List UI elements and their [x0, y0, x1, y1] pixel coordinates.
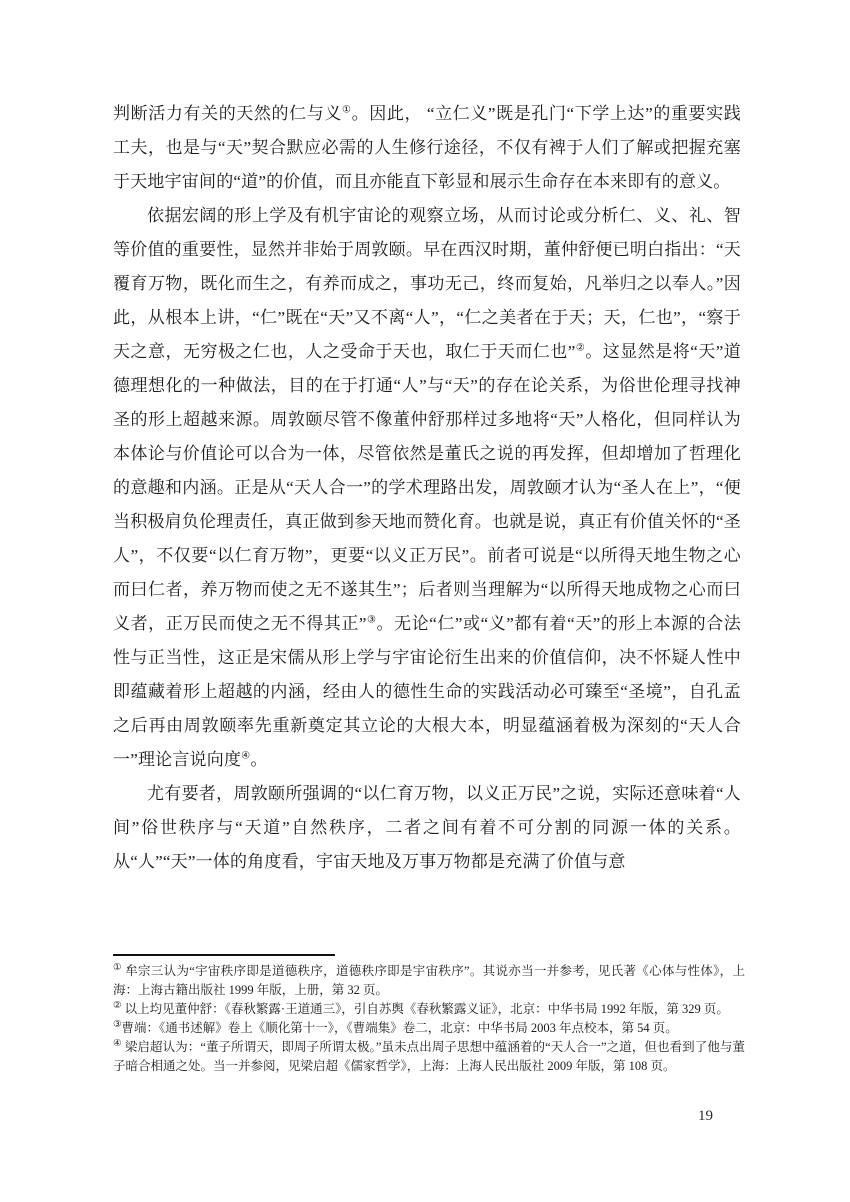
- body-text-run: 依据宏阔的形上学及有机宇宙论的观察立场，从而讨论或分析仁、义、礼、智等价值的重要…: [113, 206, 741, 361]
- document-page: 判断活力有关的天然的仁与义①。因此， “立仁义”既是孔门“下学上达”的重要实践工…: [0, 0, 850, 1202]
- footnote-marker: ②: [113, 1001, 122, 1011]
- footnotes: ① 牟宗三认为“宇宙秩序即是道德秩序，道德秩序即是宇宙秩序”。其说亦当一并参考，…: [113, 962, 745, 1076]
- footnote-text: 曹端：《通书述解》卷上《顺化第十一》，《曹端集》卷二，北京：中华书局 2003 …: [122, 1021, 678, 1035]
- footnote-ref: ①: [342, 104, 352, 115]
- page-number: 19: [698, 1108, 713, 1125]
- footnote-marker: ③: [113, 1020, 122, 1030]
- body-paragraph: 判断活力有关的天然的仁与义①。因此， “立仁义”既是孔门“下学上达”的重要实践工…: [113, 97, 741, 199]
- footnote-text: 以上均见董仲舒：《春秋繁露·王道通三》，引自苏舆《春秋繁露义证》，北京：中华书局…: [122, 1002, 729, 1016]
- footnote-item: ① 牟宗三认为“宇宙秩序即是道德秩序，道德秩序即是宇宙秩序”。其说亦当一并参考，…: [113, 962, 745, 1000]
- body-text-run: 判断活力有关的天然的仁与义: [113, 104, 342, 123]
- body-text-run: 。无论“仁”或“义”都有着“天”的形上本源的合法性与正当性，这正是宋儒从形上学与…: [113, 614, 741, 769]
- body-paragraph: 尤有要者，周敦颐所强调的“以仁育万物，以义正万民”之说，实际还意味着“人间”俗世…: [113, 777, 741, 879]
- footnote-marker: ④: [113, 1039, 122, 1049]
- footnote-ref: ③: [367, 614, 377, 625]
- footnote-item: ④ 梁启超认为：“董子所谓天，即周子所谓太极。”虽未点出周子思想中蕴涵着的“天人…: [113, 1038, 745, 1076]
- footnote-item: ② 以上均见董仲舒：《春秋繁露·王道通三》，引自苏舆《春秋繁露义证》，北京：中华…: [113, 1000, 745, 1019]
- body-text-run: 。: [250, 750, 267, 769]
- body-text: 判断活力有关的天然的仁与义①。因此， “立仁义”既是孔门“下学上达”的重要实践工…: [113, 97, 741, 879]
- footnote-text: 牟宗三认为“宇宙秩序即是道德秩序，道德秩序即是宇宙秩序”。其说亦当一并参考，见氏…: [113, 964, 745, 997]
- footnote-ref: ②: [576, 342, 586, 353]
- footnote-separator: [113, 954, 335, 956]
- footnote-marker: ①: [113, 963, 122, 973]
- footnote-text: 梁启超认为：“董子所谓天，即周子所谓太极。”虽未点出周子思想中蕴涵着的“天人合一…: [113, 1040, 745, 1073]
- footnote-item: ③曹端：《通书述解》卷上《顺化第十一》，《曹端集》卷二，北京：中华书局 2003…: [113, 1019, 745, 1038]
- body-text-run: 尤有要者，周敦颐所强调的“以仁育万物，以义正万民”之说，实际还意味着“人间”俗世…: [113, 784, 741, 871]
- body-text-run: 。这显然是将“天”道德理想化的一种做法，目的在于打通“人”与“天”的存在论关系，…: [113, 342, 741, 633]
- body-paragraph: 依据宏阔的形上学及有机宇宙论的观察立场，从而讨论或分析仁、义、礼、智等价值的重要…: [113, 199, 741, 777]
- footnote-ref: ④: [241, 750, 250, 761]
